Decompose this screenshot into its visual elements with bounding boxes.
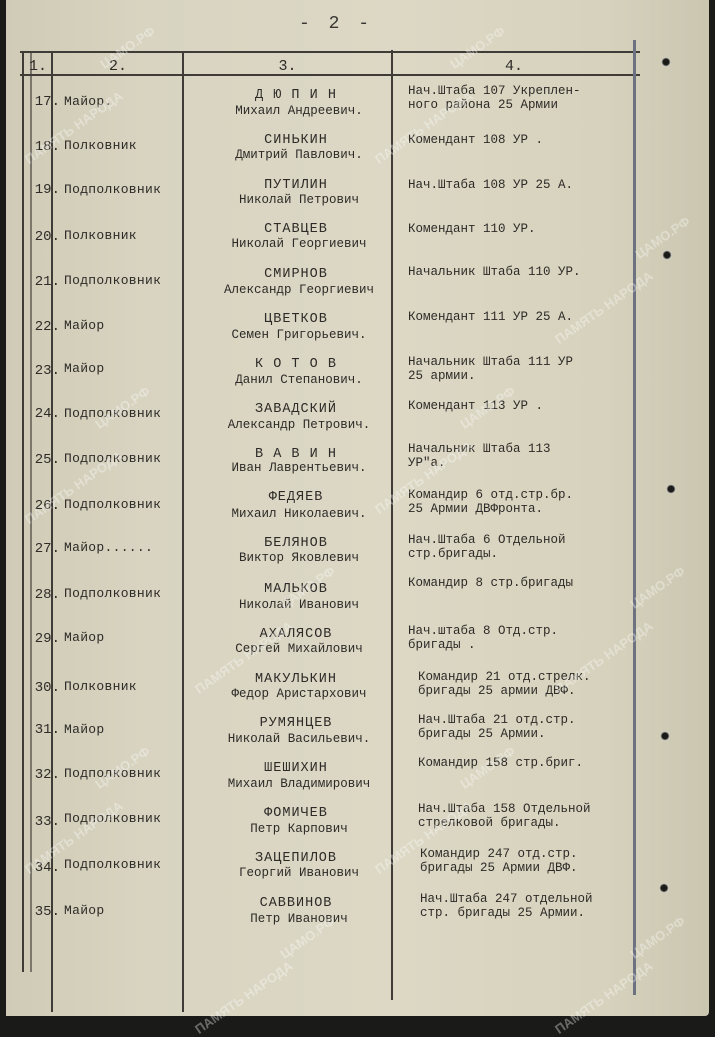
rank: Полковник xyxy=(64,228,194,243)
position: Начальник Штаба 110 УР. xyxy=(408,265,638,279)
given-name: Георгий Иванович xyxy=(194,866,404,880)
given-name: Дмитрий Павлович. xyxy=(194,148,404,162)
column-header-2: 2. xyxy=(54,58,182,75)
row-number: 28. xyxy=(26,587,60,603)
surname: СТАВЦЕВ xyxy=(196,222,396,237)
surname: БЕЛЯНОВ xyxy=(196,536,396,551)
rank: Подполковник xyxy=(64,857,194,872)
table-row: 28. Подполковник МАЛЬКОВ Николай Иванови… xyxy=(6,582,709,627)
surname: РУМЯНЦЕВ xyxy=(196,716,396,731)
row-number: 22. xyxy=(26,319,60,335)
surname: В А В И Н xyxy=(196,447,396,462)
surname: ФОМИЧЕВ xyxy=(196,806,396,821)
table-row: 30. Полковник МАКУЛЬКИН Федор Аристархов… xyxy=(6,672,709,717)
surname: ЗАЦЕПИЛОВ xyxy=(196,851,396,866)
position: Командир 8 стр.бригады xyxy=(408,576,638,590)
table-row: 25. Подполковник В А В И Н Иван Лавренть… xyxy=(6,447,709,492)
position: Начальник Штаба 111 УР 25 армии. xyxy=(408,355,638,383)
rank: Подполковник xyxy=(64,766,194,781)
given-name: Данил Степанович. xyxy=(194,373,404,387)
punch-hole xyxy=(660,731,670,741)
given-name: Петр Иванович xyxy=(194,912,404,926)
given-name: Федор Аристархович xyxy=(194,687,404,701)
rank: Майор xyxy=(64,318,194,333)
row-number: 18. xyxy=(26,139,60,155)
rank: Подполковник xyxy=(64,182,194,197)
table-row: 34. Подполковник ЗАЦЕПИЛОВ Георгий Ивано… xyxy=(6,851,709,896)
rank: Полковник xyxy=(64,679,194,694)
row-number: 30. xyxy=(26,680,60,696)
surname: МАКУЛЬКИН xyxy=(196,672,396,687)
given-name: Сергей Михайлович xyxy=(194,642,404,656)
given-name: Александр Петрович. xyxy=(194,418,404,432)
position: Нач.Штаба 6 Отдельной стр.бригады. xyxy=(408,533,638,561)
column-header-1: 1. xyxy=(24,58,52,75)
surname: ФЕДЯЕВ xyxy=(196,490,396,505)
table-row: 35. Майор САВВИНОВ Петр Иванович Нач.Шта… xyxy=(6,896,709,941)
given-name: Петр Карпович xyxy=(194,822,404,836)
table-row: 18. Полковник СИНЬКИН Дмитрий Павлович. … xyxy=(6,133,709,178)
position: Нач.Штаба 247 отдельной стр. бригады 25 … xyxy=(420,892,650,920)
surname: ЗАВАДСКИЙ xyxy=(196,402,396,417)
position: Нач.Штаба 21 отд.стр. бригады 25 Армии. xyxy=(418,713,648,741)
surname: АХАЛЯСОВ xyxy=(196,627,396,642)
rank: Майор. xyxy=(64,94,194,109)
punch-hole xyxy=(661,57,671,67)
row-number: 26. xyxy=(26,498,60,514)
given-name: Николай Иванович xyxy=(194,598,404,612)
surname: К О Т О В xyxy=(196,357,396,372)
table-row: 29. Майор АХАЛЯСОВ Сергей Михайлович Нач… xyxy=(6,627,709,672)
position: Нач.штаба 8 Отд.стр. бригады . xyxy=(408,624,638,652)
document-page: - 2 - 1. 2. 3. 4. 17. Майор. Д Ю П И Н М… xyxy=(6,0,709,1016)
given-name: Николай Васильевич. xyxy=(194,732,404,746)
rank: Майор xyxy=(64,361,194,376)
row-number: 27. xyxy=(26,541,60,557)
surname: Д Ю П И Н xyxy=(196,88,396,103)
row-number: 20. xyxy=(26,229,60,245)
position: Нач.Штаба 108 УР 25 А. xyxy=(408,178,638,192)
row-number: 25. xyxy=(26,452,60,468)
given-name: Семен Григорьевич. xyxy=(194,328,404,342)
position: Командир 158 стр.бриг. xyxy=(418,756,648,770)
punch-hole xyxy=(666,484,676,494)
table-row: 20. Полковник СТАВЦЕВ Николай Георгиевич… xyxy=(6,222,709,267)
given-name: Николай Георгиевич xyxy=(194,237,404,251)
rank: Подполковник xyxy=(64,497,194,512)
row-number: 33. xyxy=(26,814,60,830)
surname: СИНЬКИН xyxy=(196,133,396,148)
rank: Подполковник xyxy=(64,811,194,826)
position: Командир 21 отд.стрелк. бригады 25 армии… xyxy=(418,670,648,698)
column-header-4: 4. xyxy=(394,58,634,75)
surname: ШЕШИХИН xyxy=(196,761,396,776)
given-name: Михаил Николаевич. xyxy=(194,507,404,521)
column-header-3: 3. xyxy=(184,58,391,75)
rank: Майор...... xyxy=(64,540,194,555)
rank: Майор xyxy=(64,903,194,918)
row-number: 35. xyxy=(26,904,60,920)
rank: Майор xyxy=(64,722,194,737)
table-row: 32. Подполковник ШЕШИХИН Михаил Владимир… xyxy=(6,761,709,806)
surname: СМИРНОВ xyxy=(196,267,396,282)
table-row: 26. Подполковник ФЕДЯЕВ Михаил Николаеви… xyxy=(6,490,709,535)
row-number: 34. xyxy=(26,860,60,876)
given-name: Михаил Андреевич. xyxy=(194,104,404,118)
position: Начальник Штаба 113 УР"а. xyxy=(408,442,638,470)
watermark: ПАМЯТЬ НАРОДА xyxy=(552,958,655,1024)
row-number: 17. xyxy=(26,94,60,110)
row-number: 19. xyxy=(26,182,60,198)
position: Нач.Штаба 107 Укреплен- ного района 25 А… xyxy=(408,84,638,112)
table-row: 17. Майор. Д Ю П И Н Михаил Андреевич. Н… xyxy=(6,88,709,133)
surname: САВВИНОВ xyxy=(196,896,396,911)
surname: МАЛЬКОВ xyxy=(196,582,396,597)
position: Комендант 110 УР. xyxy=(408,222,638,236)
row-number: 29. xyxy=(26,631,60,647)
punch-hole xyxy=(662,250,672,260)
table-row: 23. Майор К О Т О В Данил Степанович. На… xyxy=(6,357,709,402)
table-top-border xyxy=(20,51,640,53)
table-row: 31. Майор РУМЯНЦЕВ Николай Васильевич. Н… xyxy=(6,716,709,761)
position: Нач.Штаба 158 Отдельной стрелковой брига… xyxy=(418,802,648,830)
watermark: ПАМЯТЬ НАРОДА xyxy=(192,958,295,1024)
rank: Подполковник xyxy=(64,586,194,601)
position: Командир 247 отд.стр. бригады 25 Армии Д… xyxy=(420,847,650,875)
page-number: - 2 - xyxy=(296,14,376,34)
rank: Подполковник xyxy=(64,406,194,421)
rank: Подполковник xyxy=(64,273,194,288)
row-number: 32. xyxy=(26,767,60,783)
table-row: 27. Майор...... БЕЛЯНОВ Виктор Яковлевич… xyxy=(6,536,709,581)
rank: Полковник xyxy=(64,138,194,153)
given-name: Александр Георгиевич xyxy=(194,283,404,297)
punch-hole xyxy=(659,883,669,893)
row-number: 31. xyxy=(26,722,60,738)
position: Командир 6 отд.стр.бр. 25 Армии ДВФронта… xyxy=(408,488,638,516)
position: Комендант 111 УР 25 А. xyxy=(408,310,638,324)
row-number: 21. xyxy=(26,274,60,290)
table-row: 22. Майор ЦВЕТКОВ Семен Григорьевич. Ком… xyxy=(6,312,709,357)
position: Комендант 108 УР . xyxy=(408,133,638,147)
row-number: 24. xyxy=(26,406,60,422)
surname: ПУТИЛИН xyxy=(196,178,396,193)
given-name: Иван Лаврентьевич. xyxy=(194,461,404,475)
surname: ЦВЕТКОВ xyxy=(196,312,396,327)
table-row: 33. Подполковник ФОМИЧЕВ Петр Карпович Н… xyxy=(6,806,709,851)
table-row: 19. Подполковник ПУТИЛИН Николай Петрови… xyxy=(6,178,709,223)
position: Комендант 113 УР . xyxy=(408,399,638,413)
given-name: Виктор Яковлевич xyxy=(194,551,404,565)
rank: Подполковник xyxy=(64,451,194,466)
row-number: 23. xyxy=(26,363,60,379)
rank: Майор xyxy=(64,630,194,645)
table-row: 21. Подполковник СМИРНОВ Александр Георг… xyxy=(6,267,709,312)
table-row: 24. Подполковник ЗАВАДСКИЙ Александр Пет… xyxy=(6,402,709,447)
given-name: Николай Петрович xyxy=(194,193,404,207)
given-name: Михаил Владимирович xyxy=(194,777,404,791)
